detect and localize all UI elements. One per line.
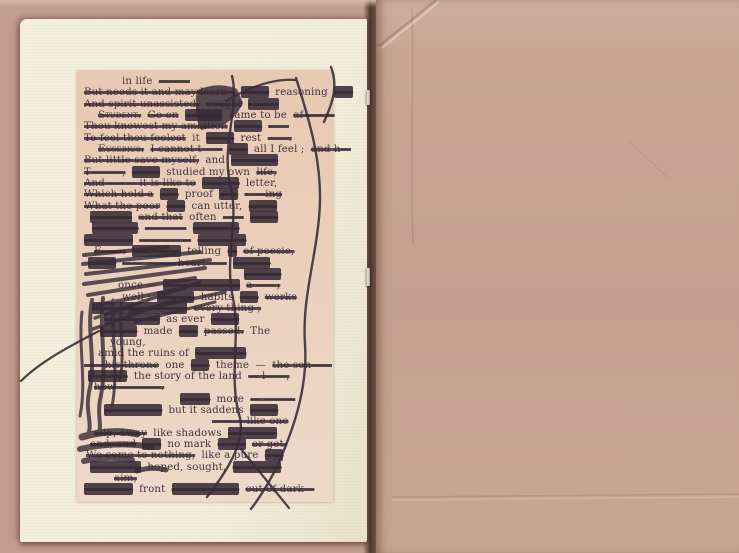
poem-line: amid the ruins of —— ———, xyxy=(84,348,326,359)
scribble-mark: ————— xyxy=(231,154,277,166)
scribble-mark: —— xyxy=(179,325,198,337)
poem-line: ———— made —— passed. The xyxy=(84,326,326,337)
struck-word: Go on xyxy=(148,109,179,121)
struck-word: And——— it is like to xyxy=(84,177,196,189)
struck-word: To feel thou feelest xyxy=(84,132,186,144)
poem-word: reasoning xyxy=(275,86,328,98)
poem-line: —— —— the story of the land — l——, xyxy=(84,371,326,382)
scribble-mark: ————— xyxy=(92,222,138,234)
scribble-mark: ——— xyxy=(250,404,278,416)
poem-line: how ————. xyxy=(84,382,326,393)
struck-word: But needs it and may learn ; xyxy=(84,86,235,98)
poem-word: hoped, sought, xyxy=(147,461,226,473)
poem-line: —— — —— hoped, sought, —— ——— xyxy=(84,462,326,473)
poem-word: more xyxy=(217,393,244,405)
poem-word: and xyxy=(205,154,225,166)
poem-word: in life xyxy=(122,75,152,87)
scribble-mark: —— xyxy=(160,188,179,200)
scribble-mark: —— — xyxy=(180,393,210,405)
poem-line: —————— as ever ——— xyxy=(84,314,326,325)
poem-word: habits xyxy=(201,291,234,303)
poem-word: once — xyxy=(118,279,157,291)
poem-line: We come to nothing, like a pure —— xyxy=(84,450,326,461)
struck-word: ——— xyxy=(159,75,190,87)
poem-word: well ; xyxy=(122,291,151,303)
struck-word: T———, xyxy=(84,166,126,178)
poem-word: one xyxy=(165,359,184,371)
scribble-mark: ——— xyxy=(206,132,234,144)
scribble-mark: ———— xyxy=(233,257,270,269)
struck-word: of poesie, xyxy=(243,245,294,257)
staple xyxy=(366,268,370,286)
poem-line: ——— like one xyxy=(84,416,326,427)
scribble-mark: —— xyxy=(240,291,259,303)
struck-word: the son—— xyxy=(272,359,332,371)
scribble-mark: —— ——— xyxy=(228,427,277,439)
scribble-mark: —— — —— xyxy=(90,461,141,473)
scribble-mark: —— ——— xyxy=(84,483,133,495)
struck-word: out of dark— xyxy=(245,483,314,495)
poem-word: made xyxy=(144,325,173,337)
poem-word: rest xyxy=(240,132,261,144)
struck-word: I cannot t—— xyxy=(150,143,222,155)
struck-word: a ——; xyxy=(246,279,280,291)
struck-word: But little save myself, xyxy=(84,154,199,166)
poem-text: in life ——— But needs it and may learn ;… xyxy=(77,71,333,502)
scribble-mark: ———— xyxy=(244,268,281,280)
struck-word: —— xyxy=(268,120,289,132)
poem-line: ———— —— but it saddens ——— xyxy=(84,405,326,416)
struck-word: — l——, xyxy=(248,370,289,382)
scribble-mark: ——— xyxy=(218,438,246,450)
poem-line: once — ———— ———— a ——; xyxy=(84,280,326,291)
scribble-mark: —— ———, xyxy=(195,347,246,359)
scribble-mark: —— xyxy=(142,438,161,450)
scribble-mark: ———— ———— xyxy=(163,279,240,291)
scribble-mark: ———— xyxy=(157,291,194,303)
scribble-mark: ———— xyxy=(185,109,222,121)
struck-word: What the poor xyxy=(84,200,160,212)
scribble-mark: ——— xyxy=(88,257,116,269)
right-cover-page xyxy=(374,0,739,553)
scribble-mark: ———— —— xyxy=(104,404,162,416)
struck-word: and that xyxy=(138,211,182,223)
cover-top-edge xyxy=(0,0,376,7)
struck-word: works xyxy=(265,291,297,303)
poem-line: ——— —— ———heart—— ———— xyxy=(84,258,326,269)
scribble-mark: ———. xyxy=(248,98,278,110)
poem-word: the story of the land xyxy=(134,370,242,382)
scribble-mark: —————— xyxy=(104,313,160,325)
scribble-mark: —— xyxy=(167,200,186,212)
staple xyxy=(366,90,370,105)
scribble-mark: ——— —— xyxy=(84,234,133,246)
struck-word: ——ing xyxy=(244,188,282,200)
struck-word: life, xyxy=(256,166,276,178)
poem-line: But needs it and may learn ; ——— reasoni… xyxy=(84,87,326,98)
poem-word: theme xyxy=(216,359,249,371)
scribble-mark: —— xyxy=(191,359,210,371)
poem-word: — xyxy=(255,359,265,371)
struck-word: ——. xyxy=(268,132,292,144)
poem-word: no mark xyxy=(167,438,211,450)
scribble-mark: —— ——— xyxy=(198,234,247,246)
poem-word: young, xyxy=(110,336,146,348)
poem-word: can utter, xyxy=(191,200,242,212)
scribble-mark: ——— xyxy=(211,313,239,325)
struck-word: E——. xyxy=(94,245,126,257)
struck-word: sought xyxy=(206,98,242,110)
poem-word: front xyxy=(139,483,165,495)
scribble-mark: —— xyxy=(219,188,238,200)
scribble-mark: ——— xyxy=(234,120,262,132)
poem-word: it xyxy=(192,132,200,144)
struck-word: ————— xyxy=(139,234,191,246)
poem-word: but it saddens xyxy=(168,404,243,416)
struck-word: And spirit unassisted, xyxy=(84,98,200,110)
scribble-mark: ——— xyxy=(249,200,277,212)
struck-word: ———— xyxy=(145,222,187,234)
poem-word: amid the ruins of xyxy=(98,347,189,359)
struck-word: Which hold a xyxy=(84,188,154,200)
poem-word: proof xyxy=(185,188,213,200)
struck-word: —— ———heart—— xyxy=(122,257,227,269)
scribble-mark: —— ——— xyxy=(233,461,282,473)
struck-word: Student. xyxy=(98,109,141,121)
struck-word: passed. xyxy=(204,325,244,337)
poem-word: like shadows xyxy=(153,427,221,439)
poem-line: —— ——— front ————— —— out of dark— xyxy=(84,484,326,495)
struck-word: end, and xyxy=(90,438,136,450)
scribble-mark: ——— xyxy=(241,86,269,98)
scribble-mark: —— xyxy=(265,449,284,461)
scribble-mark: ———— xyxy=(100,325,137,337)
struck-word: slip, away xyxy=(94,427,147,439)
poem-word: as ever xyxy=(166,313,204,325)
struck-word: — ——— xyxy=(250,393,295,405)
struck-word: Eusebius. xyxy=(98,143,144,155)
struck-word: ——— like one xyxy=(212,415,288,427)
poem-word: studied my own xyxy=(166,166,250,178)
poem-word: letter, xyxy=(246,177,278,189)
scribble-mark: ————— —— xyxy=(172,483,239,495)
scribble-mark: But t——— xyxy=(132,245,181,257)
struck-word: We come to nothing, xyxy=(86,449,195,461)
scribble-mark: ————— xyxy=(193,222,239,234)
scribble-mark: —— —— xyxy=(88,370,127,382)
book-scan: in life ——— But needs it and may learn ;… xyxy=(0,0,739,553)
scribble-mark: —— xyxy=(334,86,353,98)
erasure-poem-page: in life ——— But needs it and may learn ;… xyxy=(77,71,333,502)
scribble-mark: ——— xyxy=(250,211,278,223)
struck-word: af——— xyxy=(293,109,334,121)
left-cream-page: in life ——— But needs it and may learn ;… xyxy=(20,19,367,542)
poem-line: E——. But t——— telling — of poesie, xyxy=(84,246,326,257)
struck-word: and h— xyxy=(311,143,351,155)
poem-word: The xyxy=(250,325,270,337)
poem-word: telling xyxy=(187,245,221,257)
struck-word: how ————. xyxy=(94,381,164,393)
scribble-mark: — xyxy=(228,245,237,257)
struck-word: Thou knowest my ambition xyxy=(84,120,228,132)
scribble-mark: ——— xyxy=(132,166,160,178)
struck-word: ——his throne xyxy=(84,359,159,371)
poem-word: like a pure xyxy=(201,449,258,461)
